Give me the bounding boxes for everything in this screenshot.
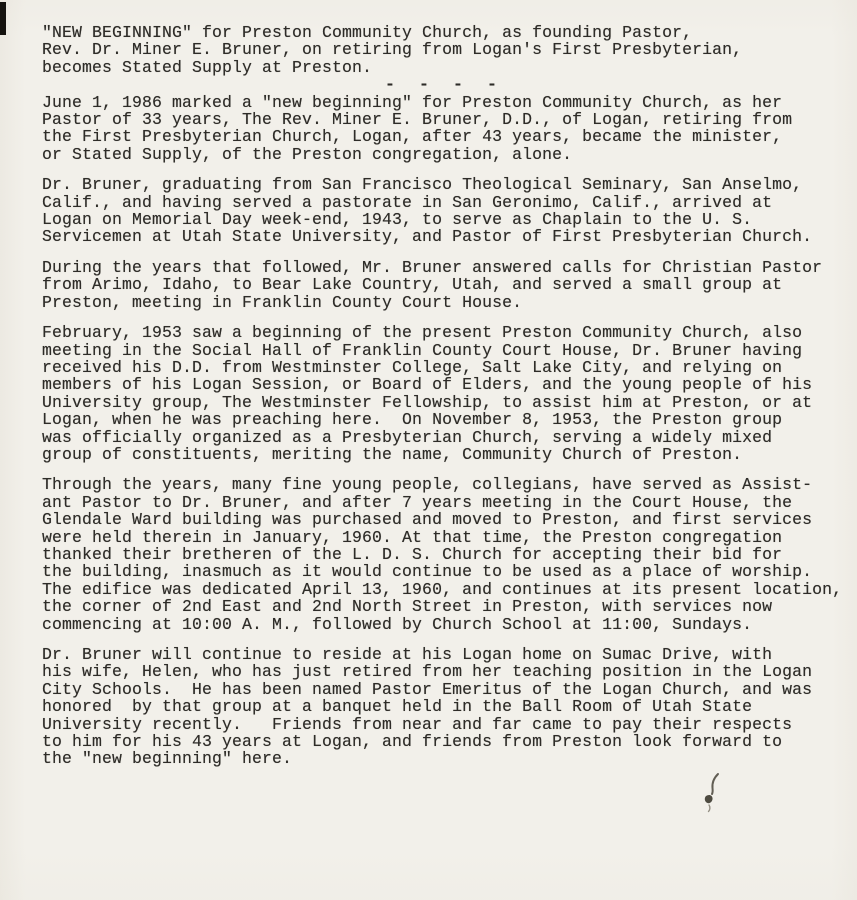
paragraph-bruner-retirement: Dr. Bruner will continue to reside at hi… [42, 646, 847, 768]
paragraph-bruner-background: Dr. Bruner, graduating from San Francisc… [42, 176, 847, 246]
paragraph-years-followed: During the years that followed, Mr. Brun… [42, 259, 847, 311]
scanned-document-page: "NEW BEGINNING" for Preston Community Ch… [0, 0, 857, 900]
separator-dashes: - - - - [385, 76, 847, 93]
paragraph-building-history: Through the years, many fine young peopl… [42, 476, 847, 633]
paragraph-1953-organization: February, 1953 saw a beginning of the pr… [42, 324, 847, 463]
paragraph-new-beginning-1986: June 1, 1986 marked a "new beginning" fo… [42, 94, 847, 164]
document-summary: "NEW BEGINNING" for Preston Community Ch… [42, 24, 847, 76]
document-body: "NEW BEGINNING" for Preston Community Ch… [0, 0, 857, 781]
